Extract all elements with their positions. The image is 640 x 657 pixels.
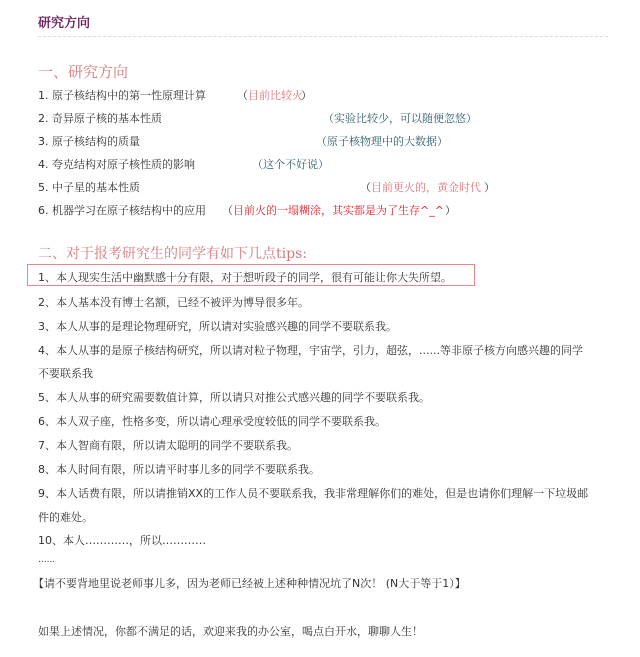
research-item-note: 目前比较火 [248,87,303,103]
note-close: ） [445,202,456,218]
research-item-text: 2. 奇异原子核的基本性质 [38,110,162,126]
title-divider [38,36,608,37]
research-item-note: （这个不好说） [252,156,329,172]
research-item-text: 5. 中子星的基本性质 [38,179,140,195]
note-open: （ [222,202,233,218]
tip-item-4: 4、本人从事的是原子核结构研究，所以请对粒子物理，宇宙学，引力，超弦，.....… [38,342,583,358]
tip-item-7: 7、本人智商有限，所以请太聪明的同学不要联系我。 [38,437,298,453]
tip-item-8: 8、本人时间有限，所以请平时事儿多的同学不要联系我。 [38,461,320,477]
tip-item-2: 2、本人基本没有博士名额，已经不被评为博导很多年。 [38,294,309,310]
research-item-text: 1. 原子核结构中的第一性原理计算 [38,87,206,103]
research-item-note: 目前火的一塌糊涂，其实都是为了生存^_^ [233,202,444,218]
tip-item-4-cont: 不要联系我 [38,365,93,381]
tip-bracket-note: 【请不要背地里说老师事儿多，因为老师已经被上述种种情况坑了N次！ (N大于等于1… [33,575,466,591]
tip-item-1: 1、本人现实生活中幽默感十分有限，对于想听段子的同学，很有可能让你大失所望。 [38,269,452,285]
tip-item-6: 6、本人双子座，性格多变，所以请心理承受度较低的同学不要联系我。 [38,413,386,429]
tip-item-10: 10、本人…………，所以………… [38,532,206,548]
research-item-note: （实验比较少，可以随便忽悠） [323,110,477,126]
research-item-text: 3. 原子核结构的质量 [38,133,140,149]
tip-item-5: 5、本人从事的研究需要数值计算，所以请只对推公式感兴趣的同学不要联系我。 [38,389,430,405]
section-heading-tips: 二、对于报考研究生的同学有如下几点tips: [38,243,307,263]
tip-item-9: 9、本人话费有限，所以请推销XX的工作人员不要联系我，我非常理解你们的难处，但是… [38,485,588,501]
note-open: （ [237,87,248,103]
research-item-text: 4. 夸克结构对原子核性质的影响 [38,156,195,172]
tip-item-9-cont: 件的难处。 [38,509,93,525]
section-heading-research: 一、研究方向 [38,61,128,82]
closing-text: 如果上述情况，你都不满足的话，欢迎来我的办公室，喝点白开水，聊聊人生！ [38,623,423,639]
note-close: ） [484,179,495,195]
research-item-note: 目前更火的，黄金时代 [371,179,481,195]
research-item-text: 6. 机器学习在原子核结构中的应用 [38,202,206,218]
tip-item-3: 3、本人从事的是理论物理研究，所以请对实验感兴趣的同学不要联系我。 [38,318,397,334]
note-close: ） [301,87,312,103]
page-title: 研究方向 [38,12,90,31]
note-open: （ [360,179,371,195]
tip-ellipsis: ...... [38,555,55,565]
research-item-note: （原子核物理中的大数据） [316,133,448,149]
